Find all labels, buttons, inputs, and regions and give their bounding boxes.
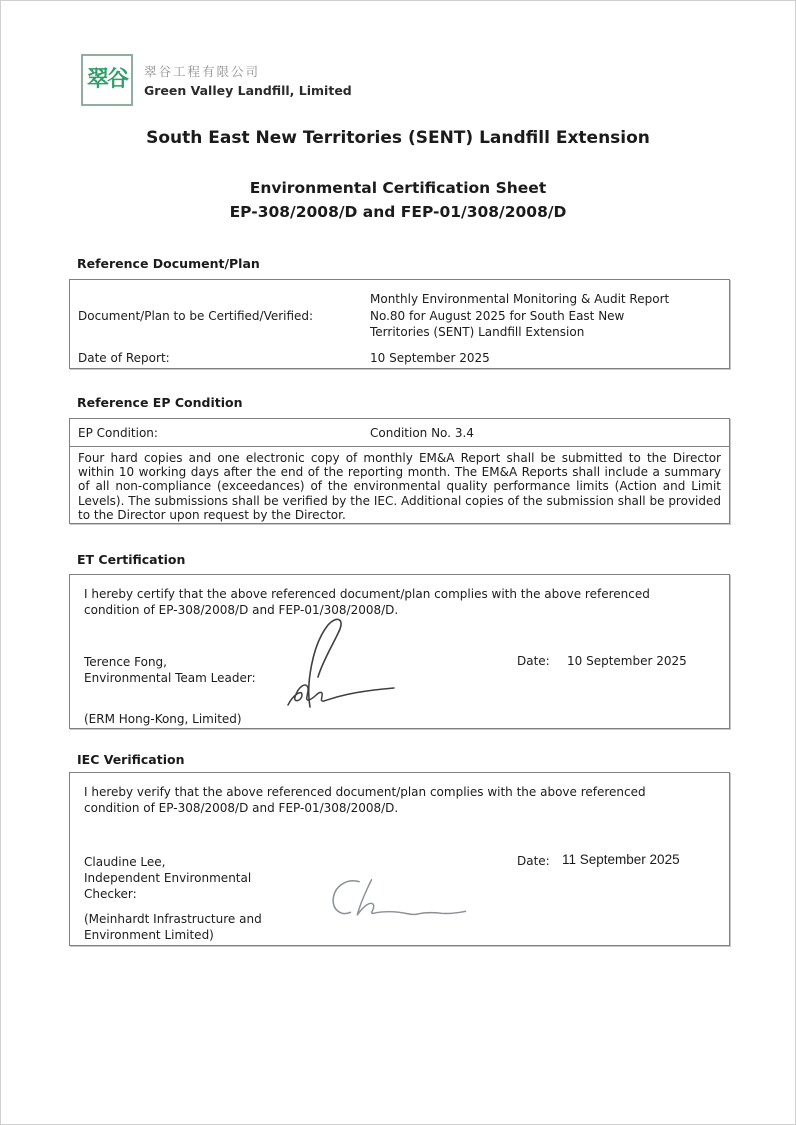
iec-company-name: (Meinhardt Infrastructure and Environmen… <box>84 911 262 943</box>
table-row: Date of Report: 10 September 2025 <box>70 346 729 370</box>
iec-verification-box: I hereby verify that the above reference… <box>69 772 730 946</box>
et-certification-statement: I hereby certify that the above referenc… <box>84 586 716 618</box>
reference-document-heading: Reference Document/Plan <box>77 256 260 271</box>
company-name-chinese: 翠谷工程有限公司 <box>144 62 352 80</box>
company-name-english: Green Valley Landfill, Limited <box>144 83 352 98</box>
reference-document-table: Document/Plan to be Certified/Verified: … <box>69 279 730 369</box>
ep-condition-description: Four hard copies and one electronic copy… <box>70 447 729 527</box>
iec-date-label: Date: <box>517 854 550 868</box>
iec-signatory-title: Independent Environmental Checker: <box>84 870 251 902</box>
iec-date-value: 11 September 2025 <box>562 852 680 867</box>
document-plan-value: Monthly Environmental Monitoring & Audit… <box>370 291 729 341</box>
et-signatory-name: Terence Fong, <box>84 654 167 670</box>
et-date-label: Date: <box>517 654 550 668</box>
permit-numbers: EP-308/2008/D and FEP-01/308/2008/D <box>1 203 795 221</box>
iec-verification-statement: I hereby verify that the above reference… <box>84 784 716 816</box>
table-row: EP Condition: Condition No. 3.4 <box>70 419 729 447</box>
page-title: South East New Territories (SENT) Landfi… <box>1 128 795 148</box>
company-logo: 翠谷 翠谷工程有限公司 Green Valley Landfill, Limit… <box>81 54 352 106</box>
ep-condition-table: EP Condition: Condition No. 3.4 Four har… <box>69 418 730 524</box>
et-date-value: 10 September 2025 <box>567 654 687 668</box>
et-certification-box: I hereby certify that the above referenc… <box>69 574 730 729</box>
certification-sheet-page: 翠谷 翠谷工程有限公司 Green Valley Landfill, Limit… <box>0 0 796 1125</box>
green-valley-logo-icon: 翠谷 <box>81 54 133 106</box>
reference-ep-condition-heading: Reference EP Condition <box>77 395 243 410</box>
et-signature-icon <box>276 615 401 710</box>
table-row: Document/Plan to be Certified/Verified: … <box>70 280 729 346</box>
document-plan-label: Document/Plan to be Certified/Verified: <box>70 309 370 323</box>
company-name-block: 翠谷工程有限公司 Green Valley Landfill, Limited <box>144 54 352 98</box>
date-of-report-label: Date of Report: <box>70 351 370 365</box>
iec-signature-icon <box>318 874 473 920</box>
iec-verification-heading: IEC Verification <box>77 752 185 767</box>
et-company-name: (ERM Hong-Kong, Limited) <box>84 711 242 727</box>
ep-condition-label: EP Condition: <box>70 426 370 440</box>
ep-condition-value: Condition No. 3.4 <box>370 426 729 440</box>
et-certification-heading: ET Certification <box>77 552 185 567</box>
document-subtitle: Environmental Certification Sheet <box>1 179 795 197</box>
date-of-report-value: 10 September 2025 <box>370 350 729 367</box>
iec-signatory-name: Claudine Lee, <box>84 854 165 870</box>
et-signatory-title: Environmental Team Leader: <box>84 670 256 686</box>
